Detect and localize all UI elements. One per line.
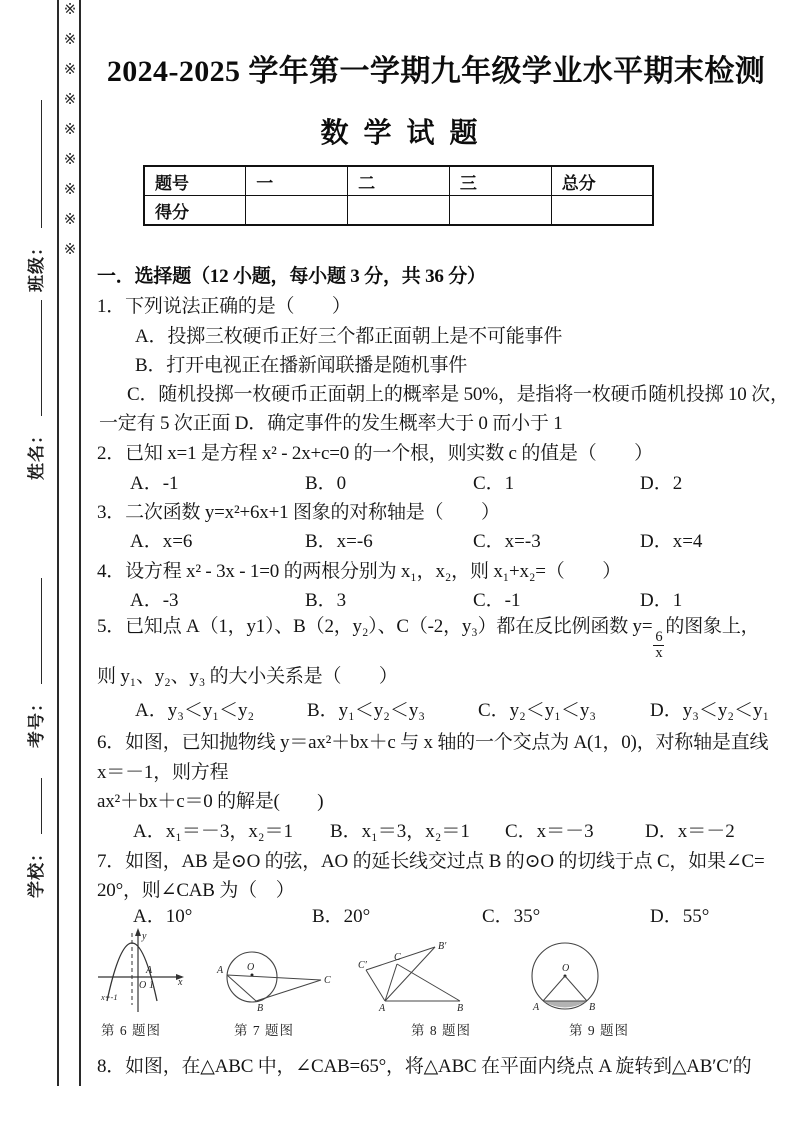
option-d: D．x＝－2 (645, 816, 735, 843)
side-a-c (385, 964, 397, 1001)
center-o-label: O (247, 962, 254, 973)
seal-field-school-label: 学校： (27, 844, 46, 898)
fraction-denominator: x (653, 646, 664, 661)
fraction-numerator: 6 (653, 630, 664, 646)
option-a: A．y₃＜y₁＜y₂ (135, 695, 254, 722)
point-b-label: B (589, 1002, 595, 1013)
score-table-cell-three: 三 (449, 166, 551, 196)
question-2-options: A．-1 B．0 C．1 D．2 (0, 468, 800, 491)
point-a-label: A (216, 965, 224, 976)
field-underline (27, 300, 42, 416)
question-4-stem: 4．设方程 x² - 3x - 1=0 的两根分别为 x₁，x₂，则 x₁+x₂… (97, 556, 621, 579)
option-b: B．x₁＝3，x₂＝1 (330, 816, 470, 843)
option-d: D．2 (640, 468, 682, 495)
option-c: C．y₂＜y₁＜y₃ (478, 695, 596, 722)
side-c-b (397, 964, 460, 1001)
center-o-label: O (562, 963, 569, 974)
score-table-empty-cell (348, 196, 450, 226)
seal-field-class-label: 班级： (27, 238, 46, 292)
point-a-label: A (532, 1002, 540, 1013)
score-table-cell-one: 一 (246, 166, 348, 196)
question-1-option-c: C．随机投掷一枚硬币正面朝上的概率是 50%，是指将一枚硬币随机投掷 10 次， (127, 379, 789, 402)
tick-one-label: 1 (149, 980, 154, 991)
score-table-score-row: 得分 (144, 196, 653, 226)
figure-question-8: A B B′ C C′ (358, 939, 470, 1018)
line-a-to-c (227, 975, 321, 980)
symmetry-axis-label: x=-1 (100, 992, 118, 1002)
point-a-label: A (378, 1003, 386, 1013)
option-d: D．1 (640, 585, 682, 612)
figure-7-caption: 第 7 题图 (234, 1019, 294, 1039)
question-3-options: A．x=6 B．x=-6 C．x=-3 D．x=4 (0, 526, 800, 549)
option-a: A．x₁＝－3，x₂＝1 (133, 816, 293, 843)
score-table-cell-defen: 得分 (144, 196, 246, 226)
shaded-segment (543, 1001, 587, 1008)
option-c: C．1 (473, 468, 514, 495)
question-5-stem-line2: 则 y₁、y₂、y₃ 的大小关系是（ ） (97, 661, 398, 684)
radius-o-a (543, 976, 565, 1001)
option-c: C．-1 (473, 585, 521, 612)
page-title: 2024-2025 学年第一学期九年级学业水平期末检测 (98, 46, 774, 82)
question-5-stem: 5．已知点 A（1，y1）、B（2，y₂）、C（-2，y₃）都在反比例函数 y=… (97, 611, 759, 634)
score-table-header-row: 题号 一 二 三 总分 (144, 166, 653, 196)
figure-question-9: O A B (526, 940, 606, 1021)
question-3-stem: 3．二次函数 y=x²+6x+1 图象的对称轴是（ ） (97, 497, 500, 520)
fraction-six-over-x: 6x (653, 630, 664, 661)
option-d: D．y₃＜y₂＜y₁ (650, 695, 769, 722)
figure-6-caption: 第 6 题图 (101, 1019, 161, 1039)
option-b: B．20° (312, 901, 370, 928)
question-7-stem-line2: 20°，则∠CAB 为（ ） (97, 875, 295, 898)
question-6-stem-line1: 6．如图，已知抛物线 y＝ax²＋bx＋c 与 x 轴的一个交点为 A(1，0)… (97, 727, 768, 750)
question-6-options: A．x₁＝－3，x₂＝1 B．x₁＝3，x₂＝1 C．x＝－3 D．x＝－2 (0, 816, 800, 839)
option-b: B．0 (305, 468, 346, 495)
point-b-label: B (457, 1003, 463, 1013)
score-table: 题号 一 二 三 总分 得分 (143, 165, 654, 226)
option-a: A．-1 (130, 468, 179, 495)
score-table-cell-two: 二 (348, 166, 450, 196)
option-b: B．y₁＜y₂＜y₃ (307, 695, 425, 722)
question-1-option-c-cont: 一定有 5 次正面 D．确定事件的发生概率大于 0 而小于 1 (99, 408, 563, 431)
question-1-stem: 1．下列说法正确的是（ ） (97, 291, 351, 314)
question-5-options: A．y₃＜y₁＜y₂ B．y₁＜y₂＜y₃ C．y₂＜y₁＜y₃ D．y₃＜y₂… (0, 695, 800, 718)
question-1-option-b: B．打开电视正在播新闻联播是随机事件 (135, 350, 467, 373)
point-b-prime-label: B′ (438, 941, 447, 952)
exam-page: ※※※※※※线※※※※※※※※※※※※※封※※※※※※※※密※※※※※※※※※ … (0, 0, 800, 1131)
origin-label: O (139, 980, 146, 991)
section-1-heading: 一．选择题（12 小题，每小题 3 分，共 36 分） (97, 261, 486, 284)
option-c: C．x＝－3 (505, 816, 594, 843)
option-d: D．x=4 (640, 526, 702, 553)
tangent-b-c (256, 980, 321, 1001)
point-c-label: C (394, 952, 401, 963)
option-b: B．3 (305, 585, 346, 612)
question-1-option-a: A．投掷三枚硬币正好三个都正面朝上是不可能事件 (135, 321, 562, 344)
seal-field-name: 姓名： (22, 293, 44, 480)
score-table-empty-cell (449, 196, 551, 226)
question-4-options: A．-3 B．3 C．-1 D．1 (0, 585, 800, 608)
figure-question-7: A O B C (216, 944, 336, 1019)
score-table-empty-cell (246, 196, 348, 226)
question-5-stem-pre: 5．已知点 A（1，y1）、B（2，y₂）、C（-2，y₃）都在反比例函数 y= (97, 616, 652, 637)
score-table-empty-cell (551, 196, 653, 226)
chord-a-b (227, 975, 256, 1001)
question-2-stem: 2．已知 x=1 是方程 x² - 2x+c=0 的一个根，则实数 c 的值是（… (97, 438, 653, 461)
figure-question-6: y x A O 1 x=-1 (95, 925, 191, 1022)
option-b: B．x=-6 (305, 526, 373, 553)
question-7-options: A．10° B．20° C．35° D．55° (0, 901, 800, 924)
radius-o-b (565, 976, 587, 1001)
figure-9-caption: 第 9 题图 (569, 1019, 629, 1039)
y-axis-arrow (135, 928, 141, 936)
option-a: A．10° (133, 901, 192, 928)
option-a: A．x=6 (130, 526, 192, 553)
option-a: A．-3 (130, 585, 179, 612)
score-table-cell-total: 总分 (551, 166, 653, 196)
question-5-stem-post: 的图象上， (665, 616, 759, 637)
question-7-stem-line1: 7．如图，AB 是⊙O 的弦，AO 的延长线交过点 B 的⊙O 的切线于点 C，… (97, 846, 765, 869)
option-c: C．35° (482, 901, 540, 928)
point-c-label: C (324, 975, 331, 986)
point-b-label: B (257, 1003, 263, 1014)
figure-8-caption: 第 8 题图 (411, 1019, 471, 1039)
y-axis-label: y (141, 931, 147, 942)
point-c-prime-label: C′ (358, 960, 368, 971)
question-6-stem-line3: ax²＋bx＋c＝0 的解是( ) (97, 786, 323, 809)
score-table-cell-tihao: 题号 (144, 166, 246, 196)
question-6-stem-line2: x＝－1，则方程 (97, 757, 228, 780)
question-8-stem-line1: 8．如图，在△ABC 中，∠CAB=65°，将△ABC 在平面内绕点 A 旋转到… (97, 1051, 751, 1074)
option-d: D．55° (650, 901, 709, 928)
option-c: C．x=-3 (473, 526, 541, 553)
point-a-label: A (145, 965, 153, 976)
exam-subtitle: 数 学 试 题 (0, 111, 800, 151)
side-a-c-prime (366, 970, 385, 1001)
x-axis-label: x (177, 977, 183, 988)
